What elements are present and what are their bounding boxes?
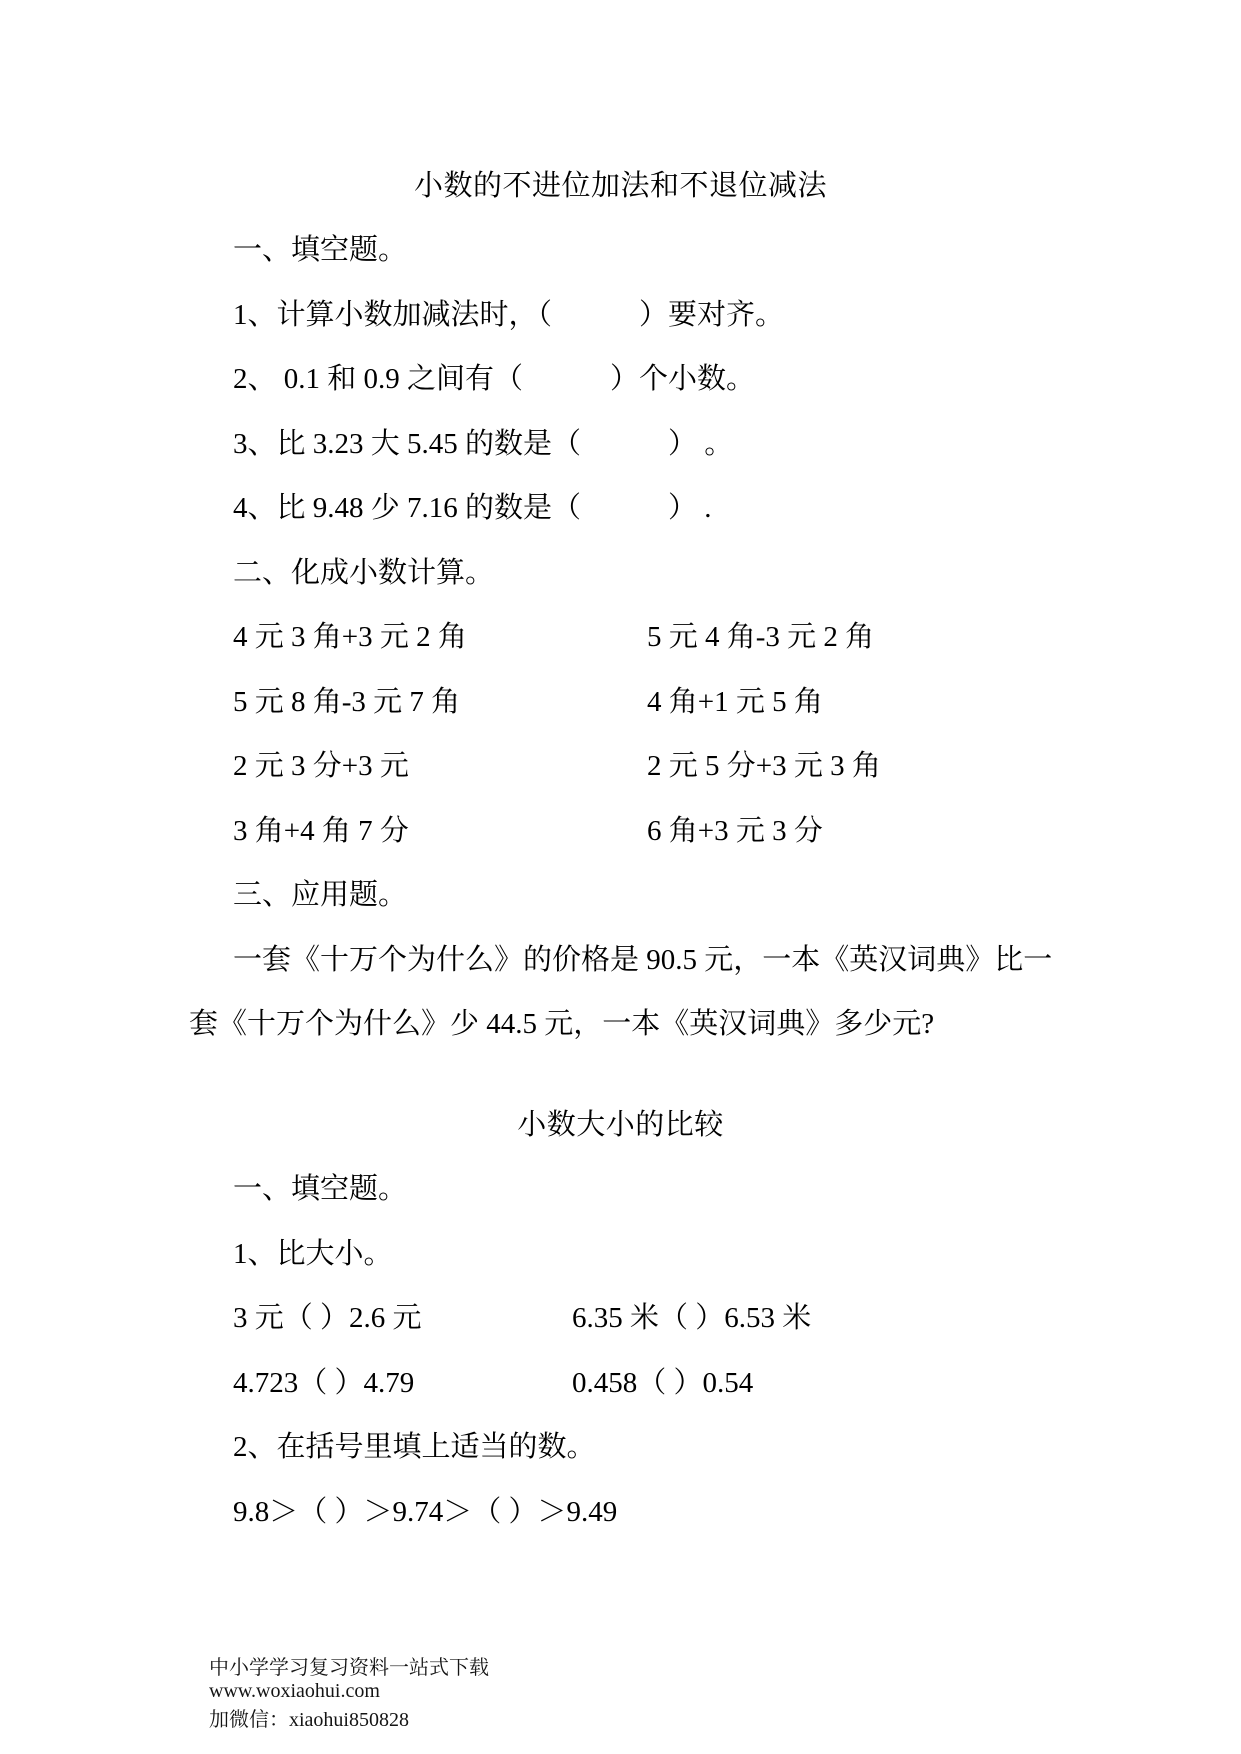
worksheet1-title-line: 小数的不进位加法和不退位减法 (189, 154, 1052, 219)
conversion-expression-left: 5 元 8 角-3 元 7 角 (233, 688, 647, 717)
w1-conversion-row: 5 元 8 角-3 元 7 角 4 角+1 元 5 角 (189, 670, 1052, 735)
worksheet-content: 小数的不进位加法和不退位减法 一、填空题。 1、计算小数加减法时，（ ）要对齐。… (189, 154, 1052, 1545)
w1-fill-item-2: 2、 0.1 和 0.9 之间有（ ）个小数。 (233, 365, 755, 394)
w2-q2-expression-line: 9.8＞（ ）＞9.74＞（ ）＞9.49 (189, 1480, 1052, 1545)
word-problem-text: 一套《十万个为什么》的价格是 90.5 元，一本《英汉词典》比一 (233, 946, 1052, 975)
w1-section1-heading-line: 一、填空题。 (189, 219, 1052, 284)
footer-wechat: 加微信：xiaohui850828 (209, 1709, 409, 1731)
conversion-expression-left: 3 角+4 角 7 分 (233, 817, 647, 846)
w1-fill-item-1: 1、计算小数加减法时，（ ）要对齐。 (233, 301, 784, 330)
w1-word-problem-line1: 一套《十万个为什么》的价格是 90.5 元，一本《英汉词典》比一 (189, 928, 1052, 993)
w1-section3-heading-line: 三、应用题。 (189, 864, 1052, 929)
worksheet2-title-line: 小数大小的比较 (189, 1093, 1052, 1158)
worksheet-page: 小数的不进位加法和不退位减法 一、填空题。 1、计算小数加减法时，（ ）要对齐。… (0, 0, 1241, 1754)
w2-q1-heading-line: 1、比大小。 (189, 1222, 1052, 1287)
conversion-expression-left: 2 元 3 分+3 元 (233, 752, 647, 781)
compare-expression-right: 0.458（ ）0.54 (572, 1369, 753, 1398)
w1-section3-heading: 三、应用题。 (233, 881, 407, 910)
word-problem-text: 套《十万个为什么》少 44.5 元，一本《英汉词典》多少元? (189, 1010, 934, 1039)
w1-fill-item: 1、计算小数加减法时，（ ）要对齐。 (189, 283, 1052, 348)
w1-section2-heading-line: 二、化成小数计算。 (189, 541, 1052, 606)
w1-section2-heading: 二、化成小数计算。 (233, 559, 494, 588)
conversion-expression-left: 4 元 3 角+3 元 2 角 (233, 623, 647, 652)
w2-compare-row: 3 元（ ）2.6 元 6.35 米（ ）6.53 米 (189, 1287, 1052, 1352)
w2-section1-heading-line: 一、填空题。 (189, 1158, 1052, 1223)
inequality-expression: 9.8＞（ ）＞9.74＞（ ）＞9.49 (233, 1498, 617, 1527)
worksheet1-title: 小数的不进位加法和不退位减法 (414, 172, 827, 201)
w1-fill-item: 2、 0.1 和 0.9 之间有（ ）个小数。 (189, 348, 1052, 413)
w1-fill-item: 3、比 3.23 大 5.45 的数是（ ） 。 (189, 412, 1052, 477)
conversion-expression-right: 5 元 4 角-3 元 2 角 (647, 623, 874, 652)
conversion-expression-right: 2 元 5 分+3 元 3 角 (647, 752, 881, 781)
footer-site-label: 中小学学习复习资料一站式下载 (209, 1657, 489, 1679)
conversion-expression-right: 4 角+1 元 5 角 (647, 688, 823, 717)
conversion-expression-right: 6 角+3 元 3 分 (647, 817, 823, 846)
w2-q2-heading-line: 2、在括号里填上适当的数。 (189, 1416, 1052, 1481)
w1-fill-item-3: 3、比 3.23 大 5.45 的数是（ ） 。 (233, 430, 733, 459)
w2-q2-heading: 2、在括号里填上适当的数。 (233, 1433, 596, 1462)
compare-expression-left: 4.723（ ）4.79 (233, 1369, 572, 1398)
w1-section1-heading: 一、填空题。 (233, 236, 407, 265)
w1-conversion-row: 3 角+4 角 7 分 6 角+3 元 3 分 (189, 799, 1052, 864)
w1-fill-item: 4、比 9.48 少 7.16 的数是（ ） . (189, 477, 1052, 542)
w1-fill-item-4: 4、比 9.48 少 7.16 的数是（ ） . (233, 494, 712, 523)
worksheet2-title: 小数大小的比较 (517, 1111, 724, 1140)
w2-section1-heading: 一、填空题。 (233, 1175, 407, 1204)
w1-word-problem-line2: 套《十万个为什么》少 44.5 元，一本《英汉词典》多少元? (189, 993, 1052, 1058)
footer-url: www.woxiaohui.com (209, 1680, 380, 1702)
w2-q1-heading: 1、比大小。 (233, 1240, 393, 1269)
w1-conversion-row: 4 元 3 角+3 元 2 角 5 元 4 角-3 元 2 角 (189, 606, 1052, 671)
w1-conversion-row: 2 元 3 分+3 元 2 元 5 分+3 元 3 角 (189, 735, 1052, 800)
compare-expression-left: 3 元（ ）2.6 元 (233, 1304, 572, 1333)
page-footer: 中小学学习复习资料一站式下载 www.woxiaohui.com 加微信：xia… (189, 1628, 513, 1754)
w2-compare-row: 4.723（ ）4.79 0.458（ ）0.54 (189, 1351, 1052, 1416)
compare-expression-right: 6.35 米（ ）6.53 米 (572, 1304, 811, 1333)
